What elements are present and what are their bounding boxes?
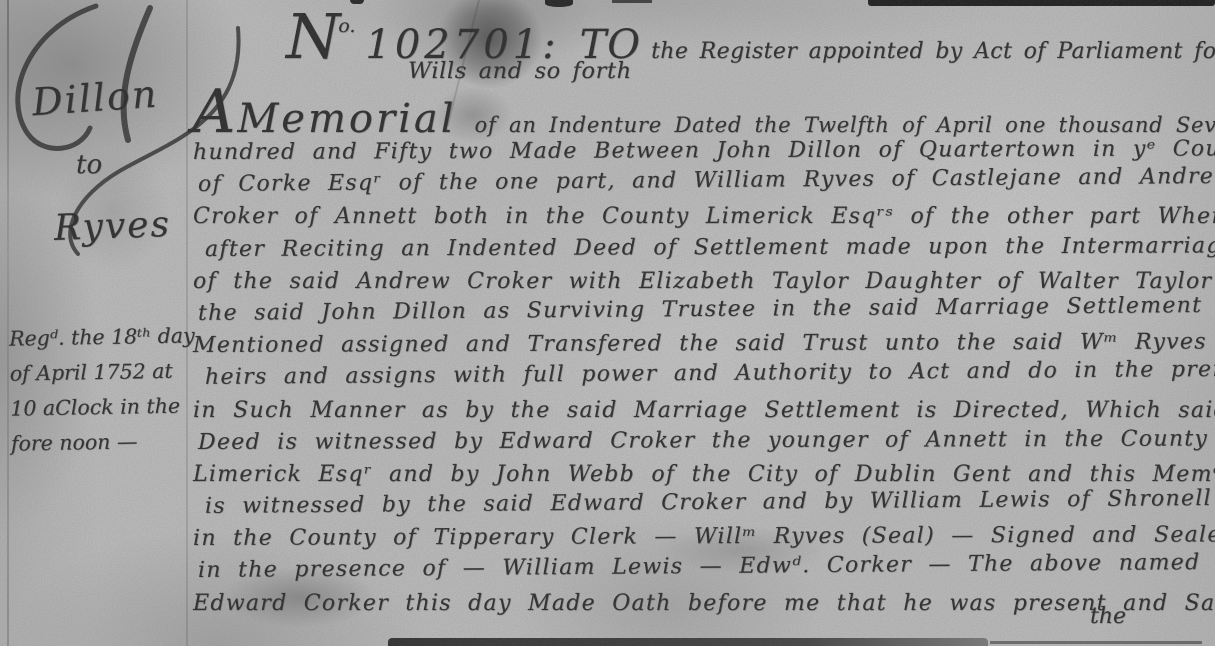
memorial-text-line: is witnessed by the said Edward Croker a…	[193, 483, 1208, 523]
register-address: the Register appointed by Act of Parliam…	[651, 39, 1215, 64]
margin-connector: to	[76, 150, 102, 180]
memorial-text-line: heirs and assigns with full power and Au…	[193, 354, 1208, 394]
ink-mark	[350, 0, 364, 4]
deed-memorial-scan: Dillon to Ryves Regᵈ. the 18ᵗʰ day of Ap…	[0, 0, 1215, 646]
page-edge-bottom-line	[990, 641, 1202, 644]
opening-initial: A	[192, 82, 235, 142]
ink-mark	[612, 0, 652, 3]
number-superscript: o.	[338, 15, 355, 37]
memorial-text-line: after Reciting an Indented Deed of Settl…	[193, 230, 1208, 266]
page-edge-bottom-band	[388, 638, 988, 646]
catchword: the	[1090, 604, 1126, 629]
memorial-text-line: the said John Dillon as Surviving Truste…	[193, 290, 1208, 330]
memorial-text-line: of Corke Esqʳ of the one part, and Willi…	[193, 161, 1208, 201]
registration-note-line: Regᵈ. the 18ᵗʰ day	[9, 318, 195, 356]
memorial-text-line: Deed is witnessed by Edward Croker the y…	[193, 423, 1208, 459]
registration-note-line: fore noon —	[11, 423, 197, 461]
margin-registration-note: Regᵈ. the 18ᵗʰ day of April 1752 at 10 a…	[9, 318, 196, 461]
registration-note-line: 10 aClock in the	[10, 388, 196, 426]
memorial-text-line: in Such Manner as by the said Marriage S…	[193, 395, 1208, 427]
memorial-text-line: Croker of Annett both in the County Lime…	[193, 201, 1208, 233]
opening-word: Memorial	[237, 96, 456, 142]
memorial-text-line: Edward Corker this day Made Oath before …	[193, 588, 1208, 620]
number-initial: N	[286, 6, 340, 68]
margin-grantee-name: Ryves	[53, 204, 171, 249]
memorial-body: hundred and Fifty two Made Between John …	[193, 137, 1208, 620]
registration-note-line: of April 1752 at	[9, 353, 195, 391]
register-address-continued: Wills and so forth	[408, 58, 632, 84]
margin-grantor-name: Dillon	[31, 72, 160, 125]
memorial-text-line: in the presence of — William Lewis — Edw…	[193, 547, 1208, 587]
